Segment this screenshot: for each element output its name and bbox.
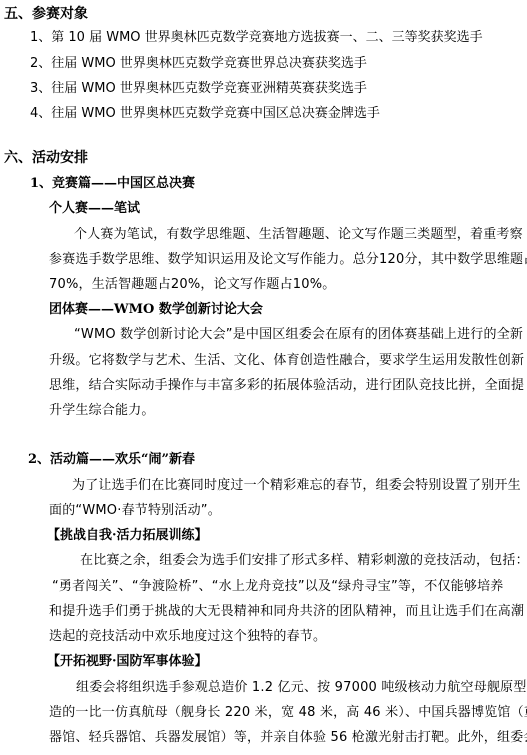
part2-intro-line: 面的“WMO·春节特别活动”。	[49, 503, 221, 519]
military-heading: 【开拓视野·国防军事体验】	[47, 654, 208, 670]
military-paragraph-line: 器馆、轻兵器馆、兵器发展馆）等，并亲自体验 56 枪激光射击打靶。此外，组委会	[49, 730, 527, 746]
team-paragraph-line: “WMO 数学创新讨论大会”是中国区组委会在原有的团体赛基础上进行的全新	[74, 327, 523, 343]
challenge-heading: 【挑战自我·活力拓展训练】	[47, 528, 208, 544]
challenge-paragraph-line: “勇者闯关”、“争渡险桥”、“水上龙舟竞技”以及“绿舟寻宝”等，不仅能够培养	[52, 579, 503, 595]
individual-paragraph-line: 参赛选手数学思维、数学知识运用及论文写作能力。总分120分，其中数学思维题占	[49, 252, 527, 268]
team-paragraph-line: 升级。它将数学与艺术、生活、文化、体育创造性融合，要求学生运用发散性创新	[49, 353, 524, 369]
part2-heading: 2、活动篇——欢乐“闹”新春	[28, 452, 195, 468]
challenge-paragraph-line: 和提升选手们勇于挑战的大无畏精神和同舟共济的团队精神，而且让选手们在高潮	[49, 604, 524, 620]
challenge-paragraph-line: 迭起的竞技活动中欢乐地度过这个独特的春节。	[49, 629, 326, 645]
team-heading: 团体赛——WMO 数学创新讨论大会	[49, 302, 263, 318]
participant-item-4: 4、往届 WMO 世界奥林匹克数学竞赛中国区总决赛金牌选手	[30, 106, 380, 122]
challenge-paragraph-line: 在比赛之余，组委会为选手们安排了形式多样、精彩刺激的竞技活动，包括：	[80, 553, 527, 569]
participant-item-2: 2、往届 WMO 世界奥林匹克数学竞赛世界总决赛获奖选手	[30, 56, 367, 72]
military-paragraph-line: 造的一比一仿真航母（舰身长 220 米，宽 48 米，高 46 米）、中国兵器博…	[49, 705, 527, 721]
participant-item-1: 1、第 10 届 WMO 世界奥林匹克数学竞赛地方选拔赛一、二、三等奖获奖选手	[30, 30, 483, 46]
section6-heading: 六、活动安排	[4, 150, 88, 166]
part2-intro-line: 为了让选手们在比赛同时度过一个精彩难忘的春节，组委会特别设置了别开生	[72, 478, 521, 494]
section5-heading: 五、参赛对象	[4, 6, 88, 22]
military-paragraph-line: 组委会将组织选手参观总造价 1.2 亿元、按 97000 吨级核动力航空母舰原型…	[76, 680, 527, 696]
individual-paragraph-line: 个人赛为笔试，有数学思维题、生活智趣题、论文写作题三类题型，着重考察	[74, 227, 523, 243]
team-paragraph-line: 升学生综合能力。	[49, 403, 155, 419]
participant-item-3: 3、往届 WMO 世界奥林匹克数学竞赛亚洲精英赛获奖选手	[30, 81, 367, 97]
part1-heading: 1、竞赛篇——中国区总决赛	[30, 176, 195, 192]
individual-paragraph-line: 70%，生活智趣题占20%，论文写作题占10%。	[49, 277, 335, 293]
team-paragraph-line: 思维，结合实际动手操作与丰富多彩的拓展体验活动，进行团队竞技比拼，全面提	[49, 378, 524, 394]
individual-heading: 个人赛——笔试	[49, 201, 140, 217]
